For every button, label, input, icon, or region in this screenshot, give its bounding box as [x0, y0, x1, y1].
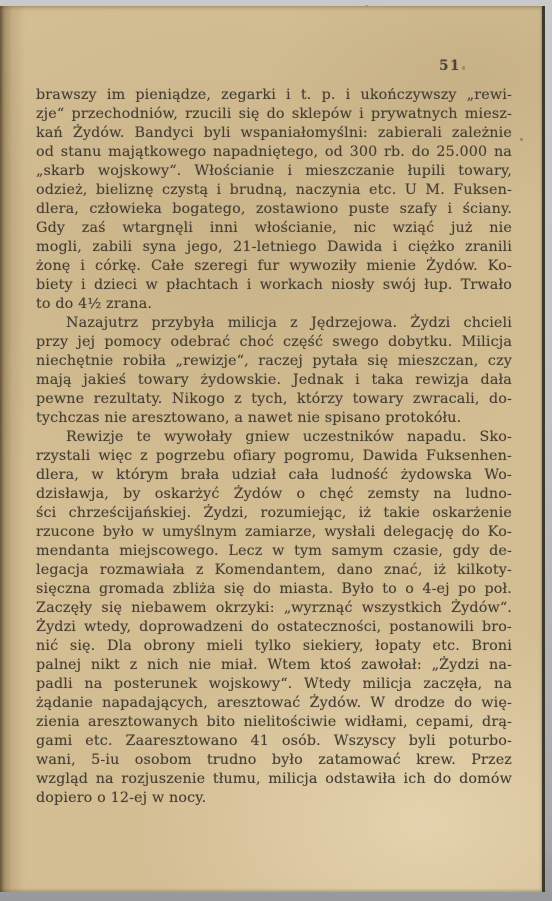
text-line: od stanu majątkowego napadniętego, od 30… [36, 143, 512, 162]
text-line: żonę i córkę. Całe szeregi fur wywoziły … [36, 257, 512, 276]
text-line: Nazajutrz przybyła milicja z Jędrzejowa.… [36, 314, 512, 333]
text-line: rzystali więc z pogrzebu ofiary pogromu,… [36, 447, 512, 466]
text-line: biety i dzieci w płachtach i workach nio… [36, 276, 512, 295]
text-line: dlera, człowieka bogatego, zostawiono pu… [36, 200, 512, 219]
text-line: żądanie napadających, aresztować Żydów. … [36, 694, 512, 713]
text-line: to do 4½ zrana. [36, 295, 512, 314]
text-line: zienia aresztowanych bito nielitościwie … [36, 713, 512, 732]
page-number: 51 [428, 58, 472, 74]
text-line: kań Żydów. Bandyci byli wspaniałomyślni:… [36, 124, 512, 143]
text-line: rzucone było w umyślnym zamiarze, wysłal… [36, 523, 512, 542]
text-line: brawszy im pieniądze, zegarki i t. p. i … [36, 86, 512, 105]
text-line: „skarb wojskowy“. Włościanie i mieszczan… [36, 162, 512, 181]
text-line: pewne rezultaty. Nikogo z tych, którzy t… [36, 390, 512, 409]
text-line: Gdy zaś wtargnęli inni włościanie, nic w… [36, 219, 512, 238]
text-line: dzisławja, by oskarżyć Żydów o chęć zems… [36, 485, 512, 504]
text-line: Żydzi wtedy, doprowadzeni do ostatecznoś… [36, 618, 512, 637]
book-page: 51 brawszy im pieniądze, zegarki i t. p.… [0, 6, 545, 892]
text-line: przy jej pomocy odebrać choć część swego… [36, 333, 512, 352]
text-line: odzież, bieliznę czystą i brudną, naczyn… [36, 181, 512, 200]
text-line: wzgląd na rozjuszenie tłumu, milicja ods… [36, 770, 512, 789]
text-line: wani, 5-iu osobom trudno było zatamować … [36, 751, 512, 770]
text-line: ści chrześcijańskiej. Żydzi, rozumiejąc,… [36, 504, 512, 523]
text-line: mogli, zabili syna jego, 21-letniego Daw… [36, 238, 512, 257]
text-line: gami etc. Zaaresztowano 41 osób. Wszyscy… [36, 732, 512, 751]
scanner-background: 51 brawszy im pieniądze, zegarki i t. p.… [0, 0, 552, 901]
text-line: palnej nikt z nich nie miał. Wtem ktoś z… [36, 656, 512, 675]
text-line: Zaczęły się niebawem okrzyki: „wyrznąć w… [36, 599, 512, 618]
ink-speck [520, 138, 523, 141]
text-line: mają jakieś towary żydowskie. Jednak i t… [36, 371, 512, 390]
text-line: sięczna gromada zbliża się do miasta. By… [36, 580, 512, 599]
text-line: niechętnie robiła „rewizje“, raczej pyta… [36, 352, 512, 371]
text-line: legacja rozmawiała z Komendantem, dano z… [36, 561, 512, 580]
text-line: tychczas nie aresztowano, a nawet nie sp… [36, 409, 512, 428]
text-line: Rewizje te wywołały gniew uczestników na… [36, 428, 512, 447]
gutter-shadow [0, 6, 26, 892]
page-text: brawszy im pieniądze, zegarki i t. p. i … [36, 86, 512, 808]
text-line: dlera, w którym brała udział cała ludnoś… [36, 466, 512, 485]
text-line: padli na posterunek wojskowy“. Wtedy mil… [36, 675, 512, 694]
text-line: dopiero o 12-ej w nocy. [36, 789, 512, 808]
text-line: nić się. Dla obrony mieli tylko siekiery… [36, 637, 512, 656]
text-line: zje“ przechodniów, rzucili się do sklepó… [36, 105, 512, 124]
text-line: mendanta miejscowego. Lecz w tym samym c… [36, 542, 512, 561]
